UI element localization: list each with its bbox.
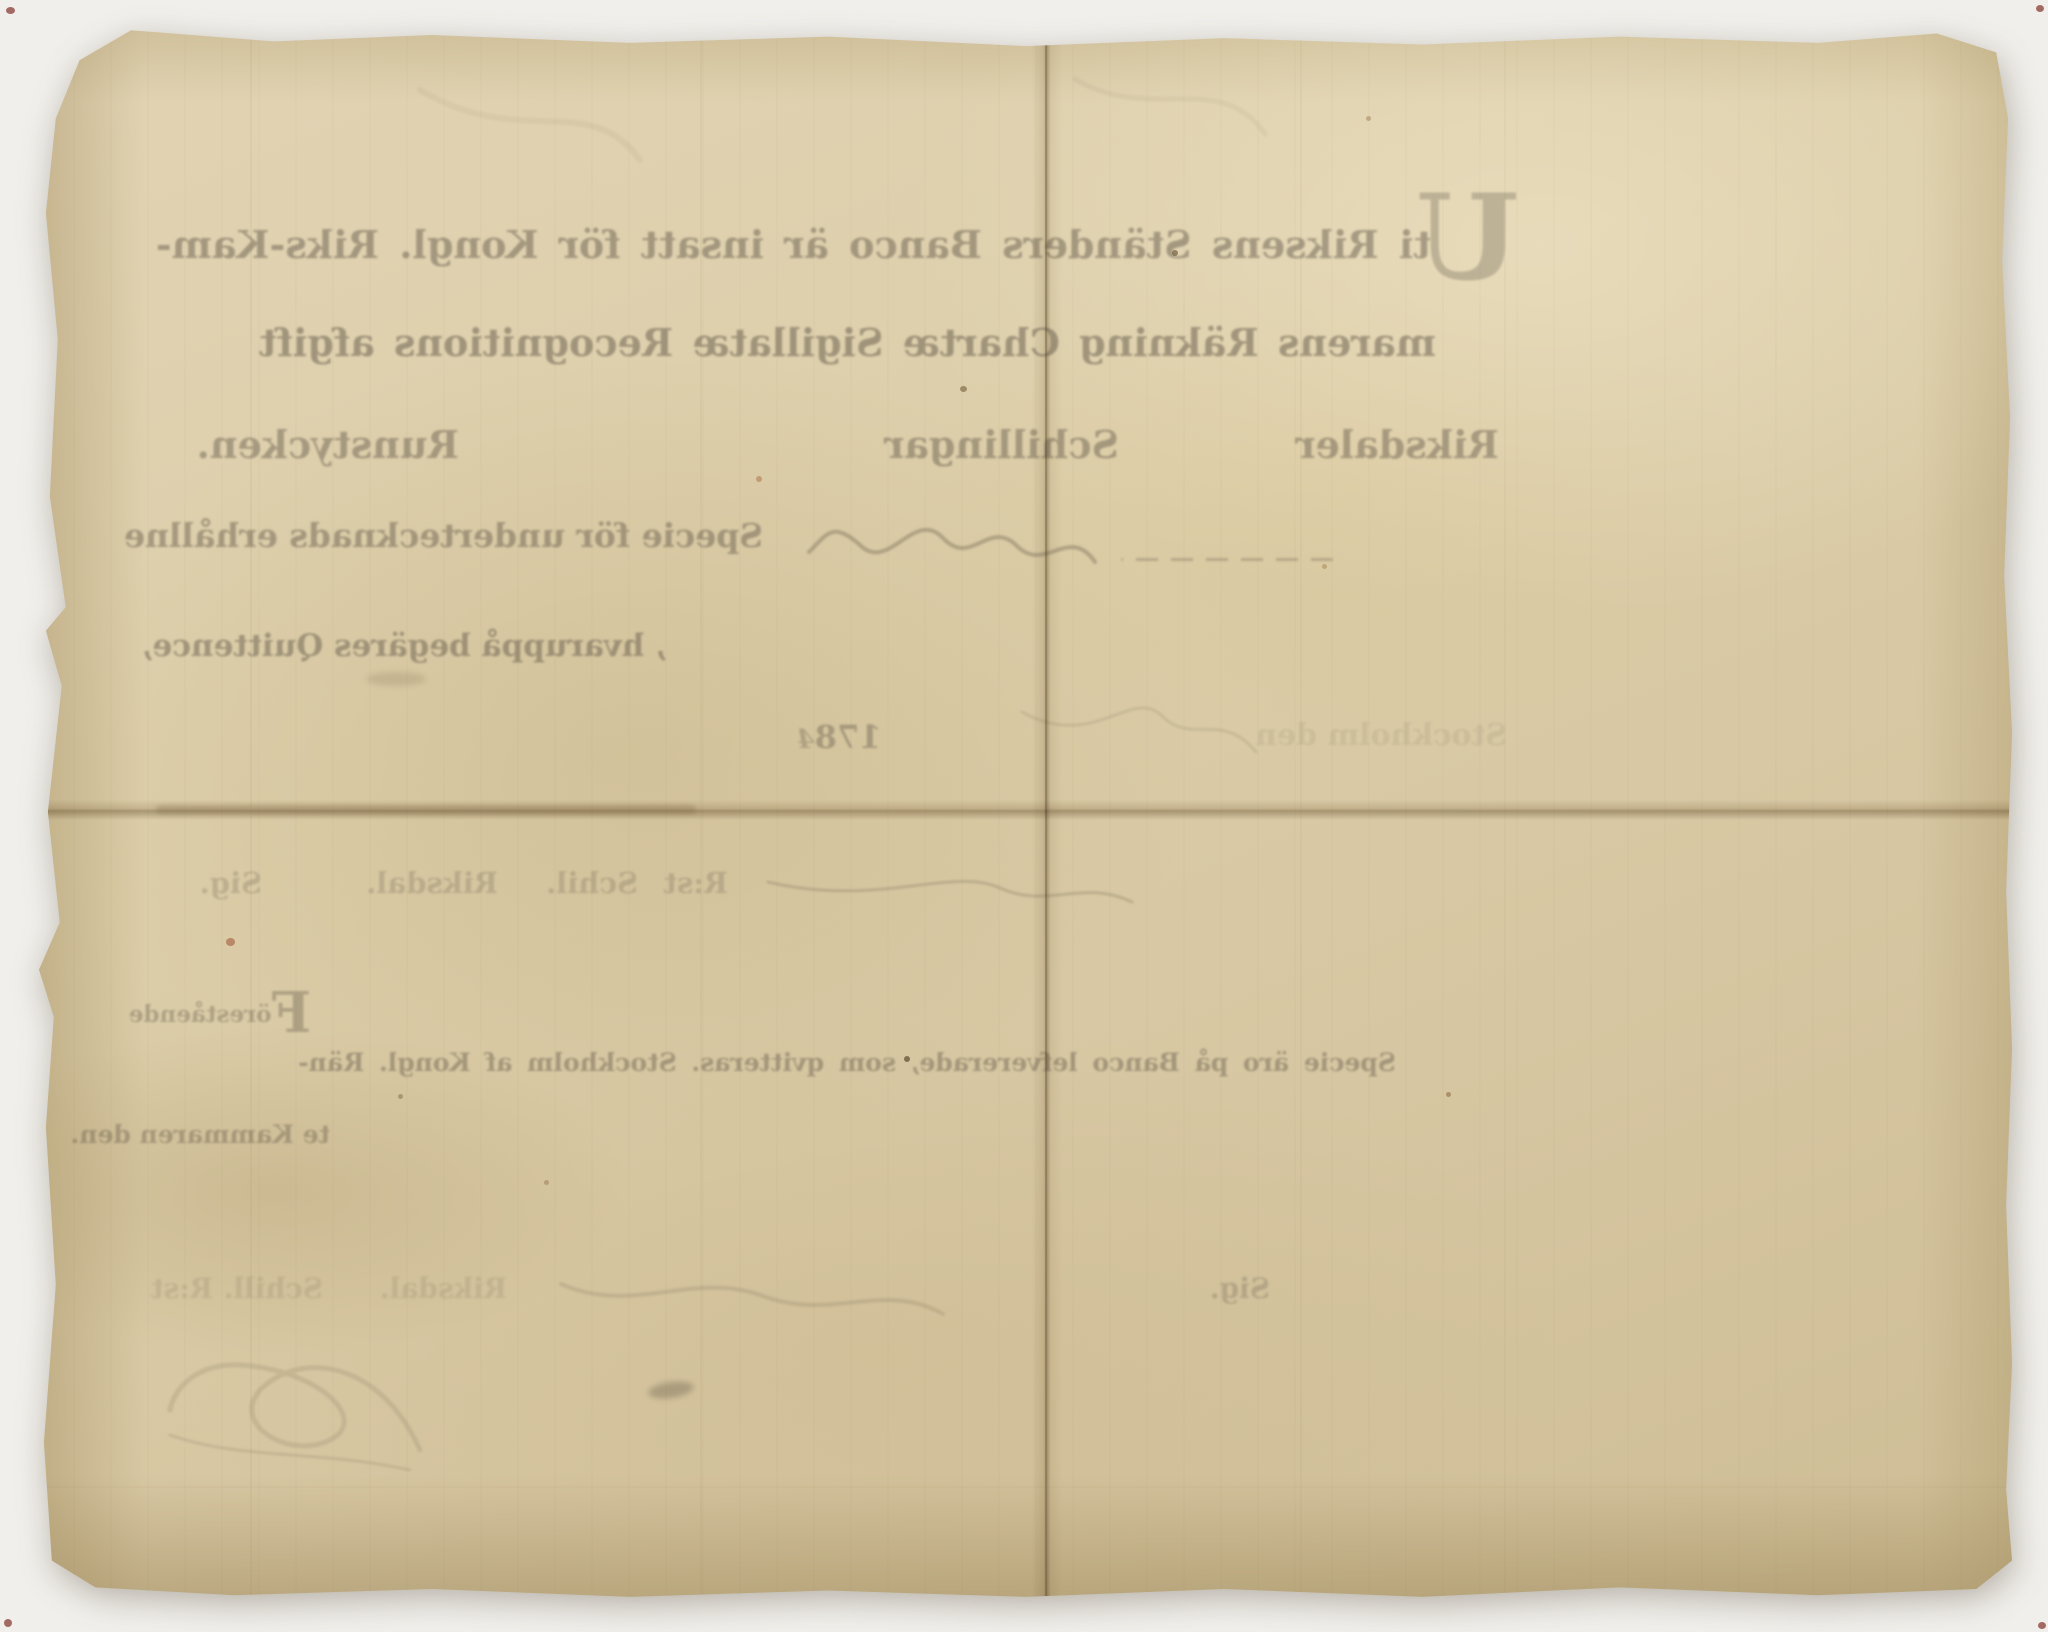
- schil-label: Schil.: [546, 866, 638, 900]
- faint-smudge: [1060, 54, 1280, 154]
- dropcap-U: U: [1428, 168, 1520, 307]
- label-schillingar: Schillingar: [884, 422, 1119, 467]
- foxing-spot: [226, 938, 235, 946]
- label-riksdaler: Riksdaler: [1295, 422, 1499, 467]
- handwriting-date: [990, 690, 1270, 775]
- scan-photo: U ti Riksens Ständers Banco är insatt fö…: [0, 0, 2048, 1632]
- faint-smudge: [400, 70, 660, 180]
- minor-crease: [36, 1486, 2016, 1488]
- dropcap-F: F: [271, 980, 311, 1046]
- foxing-spot: [1366, 116, 1371, 121]
- year-century: 178: [815, 718, 882, 756]
- riksdal-label: Riksdal.: [366, 866, 498, 900]
- fold-stain: [156, 805, 696, 814]
- rst-label: R:st: [151, 1272, 213, 1305]
- handwriting-entry: [803, 516, 1103, 588]
- lower-form-line-1: Specie äro på Banco lefvererade, som qvi…: [272, 1048, 1422, 1077]
- lower-dropcap-line: Förestående: [128, 980, 312, 1058]
- year-printed: 1784: [796, 718, 882, 756]
- label-runstycken: Runstycken.: [197, 422, 459, 467]
- document-paper: U ti Riksens Ständers Banco är insatt fö…: [36, 24, 2016, 1600]
- schill-label: Schill.: [224, 1272, 323, 1305]
- dropcap-F-rest: örestående: [129, 1001, 272, 1028]
- form-line-4: Specie för undertecknads erhållne: [100, 516, 1425, 596]
- form-line-2: marens Räkning Chartæ Sigillatæ Recognit…: [296, 320, 1436, 365]
- rst-label: R:st: [663, 866, 728, 900]
- year-digit-handwritten: 4: [797, 725, 815, 755]
- riksdal-label: Riksdal.: [380, 1272, 507, 1305]
- form-line-5: , hvaruppå begäres Quittence,: [258, 628, 666, 664]
- foxing-spot: [960, 386, 967, 392]
- paper-wrapper: U ti Riksens Ständers Banco är insatt fö…: [0, 0, 2048, 1632]
- handwriting-flourish: [553, 1274, 953, 1326]
- sig-label: Sig.: [1210, 1272, 1270, 1305]
- fill-in-rule: [1121, 558, 1333, 561]
- upper-sig-row: R:st Schil. Riksdal. Sig.: [190, 866, 1520, 914]
- form-line-4-printed: Specie för undertecknads erhållne: [100, 516, 787, 555]
- lower-sig-row: Sig. Riksdal. Schill. R:st: [160, 1272, 1325, 1328]
- signature-flourish: [150, 1330, 440, 1480]
- foxing-spot: [544, 1180, 549, 1185]
- foxing-spot: [1446, 1092, 1451, 1097]
- place-line-printed: Stockholm den: [1282, 718, 1507, 753]
- foxing-spot: [398, 1094, 403, 1099]
- lower-form-line-2: te Kammaren den.: [132, 1120, 330, 1149]
- sig-label: Sig.: [200, 866, 262, 900]
- ink-smudge: [366, 672, 426, 686]
- form-line-1: ti Riksens Ständers Banco är insatt för …: [186, 222, 1431, 267]
- form-line-3-amount-labels: Riksdaler Schillingar Runstycken.: [296, 422, 1511, 478]
- handwriting-amounts: [760, 870, 1140, 914]
- ink-smudge: [647, 1379, 695, 1401]
